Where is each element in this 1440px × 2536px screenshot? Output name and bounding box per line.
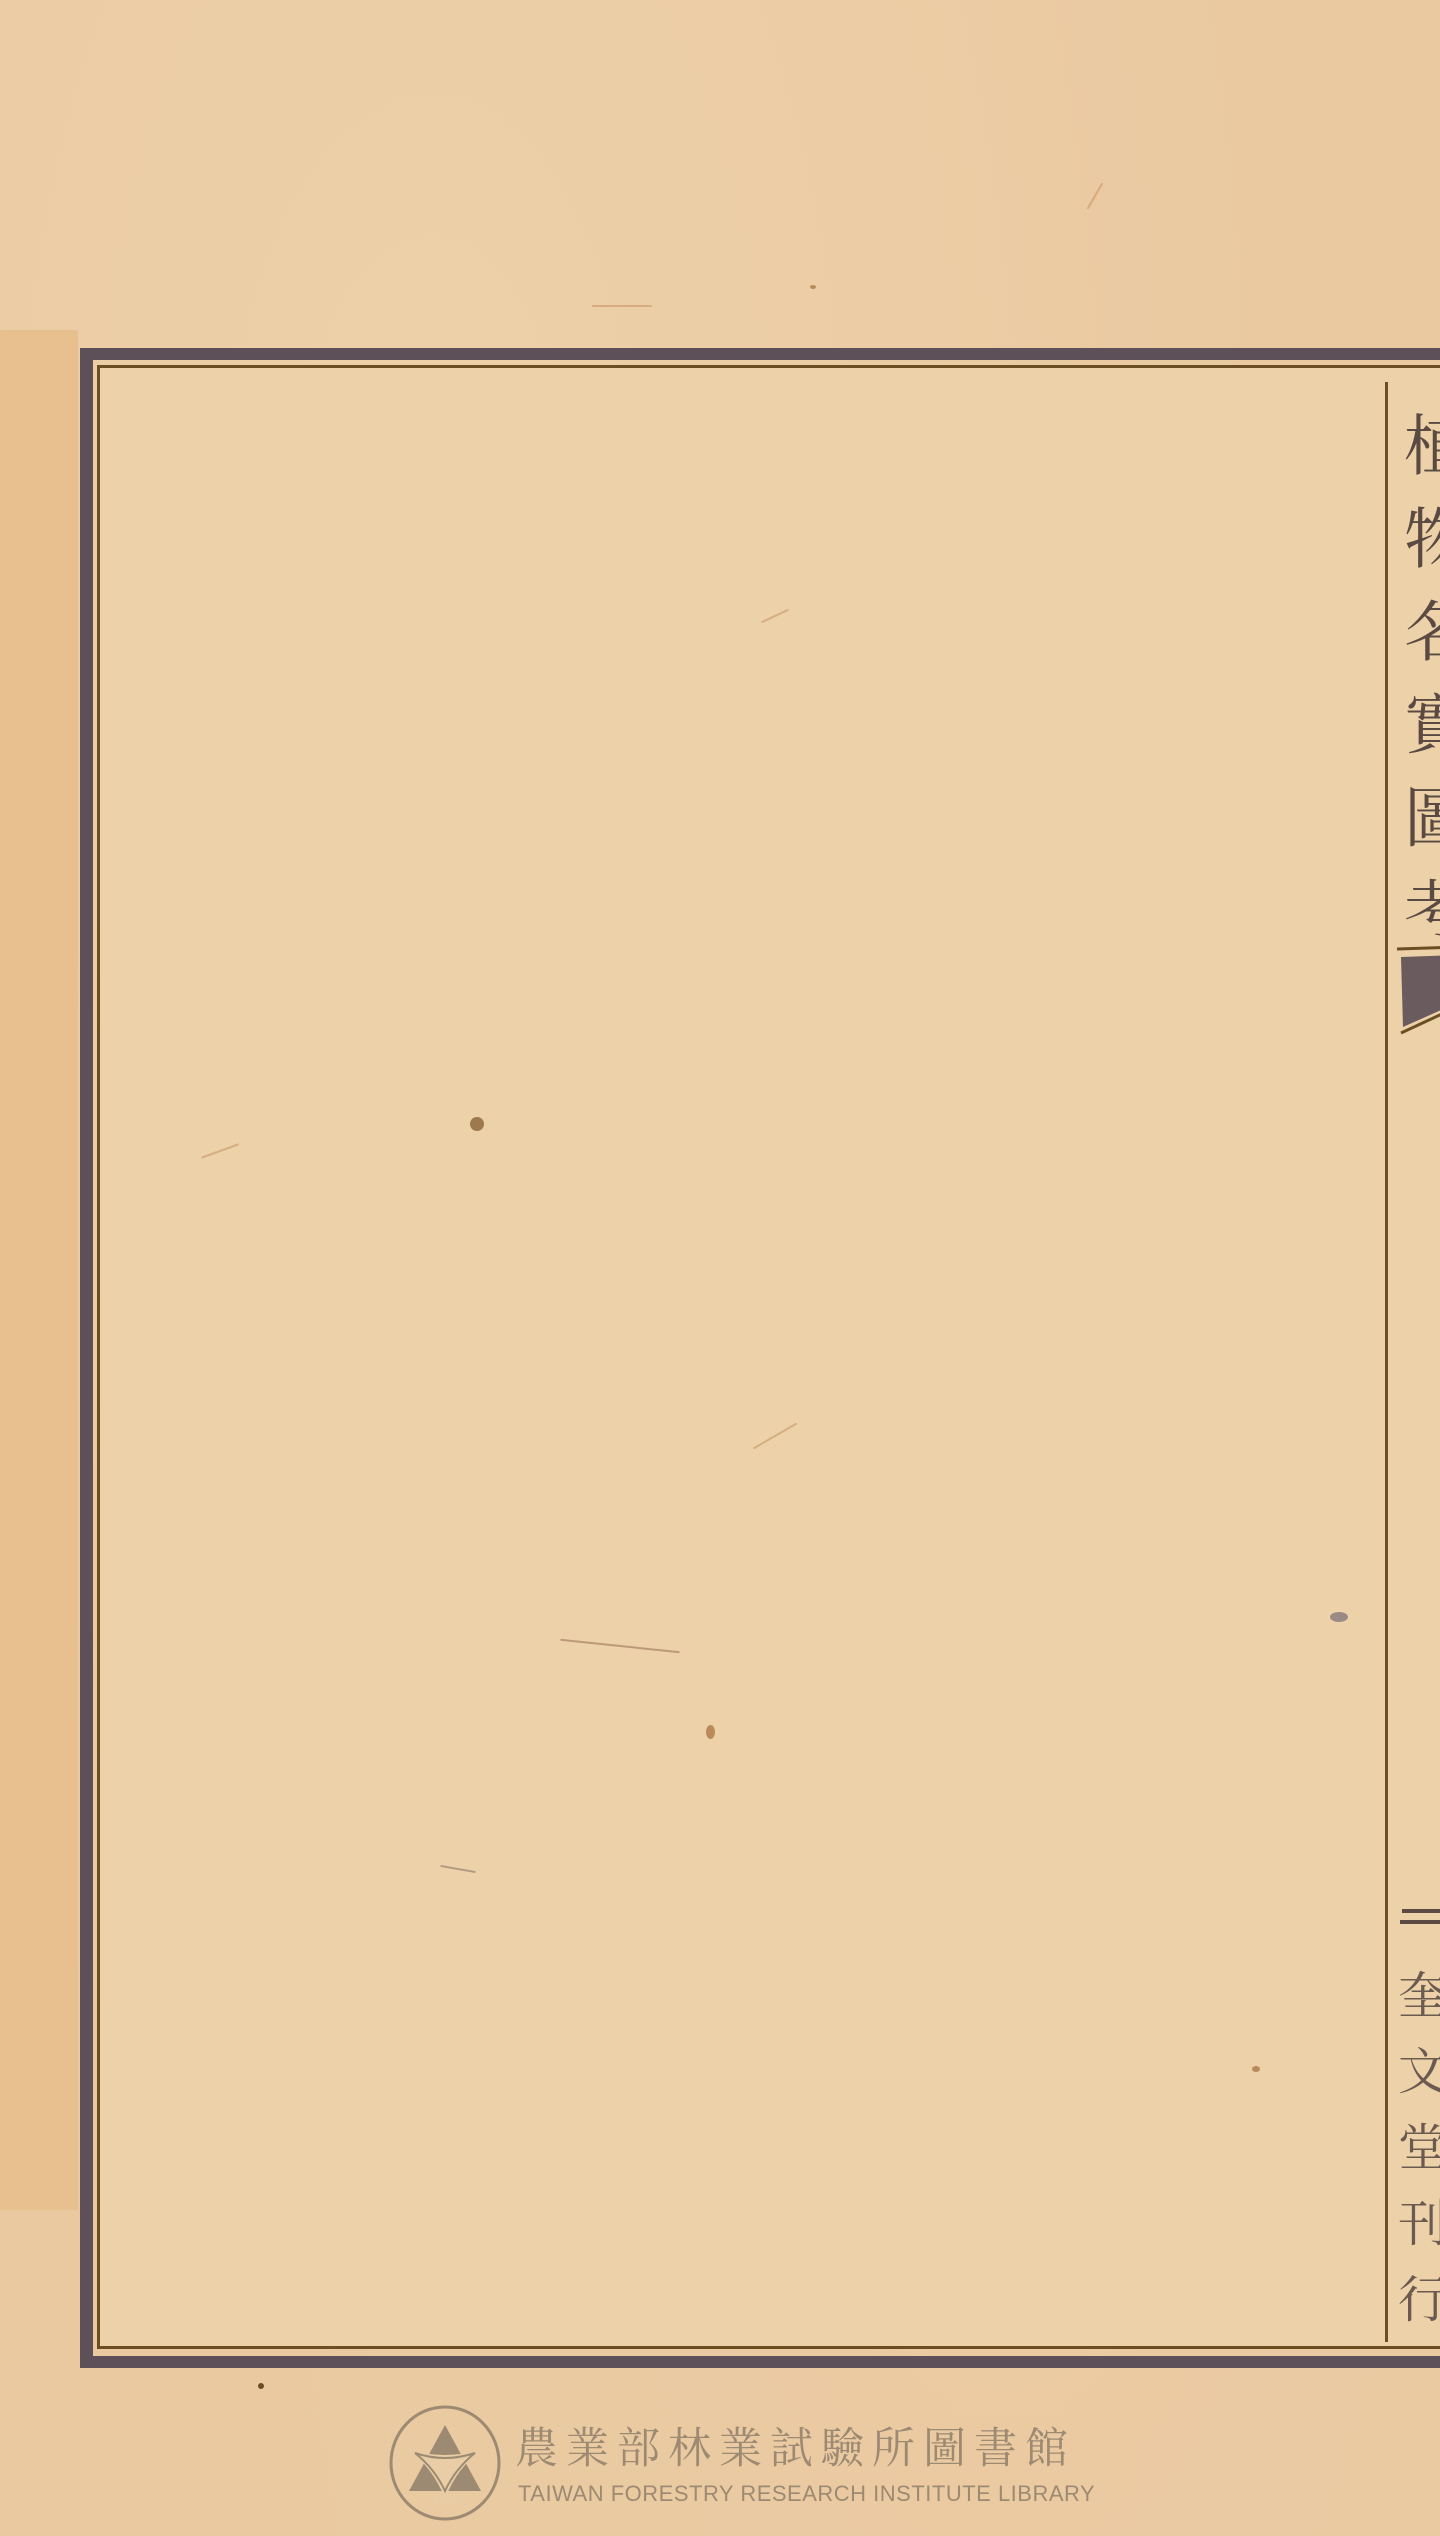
publisher-char: 文 <box>1398 2034 1440 2110</box>
title-char: 物 <box>1404 493 1440 586</box>
publisher-column: 奎 文 堂 刊 行 <box>1398 1958 1440 2338</box>
inner-border-frame <box>97 365 1440 2349</box>
paper-fleck <box>258 2383 264 2389</box>
institute-seal-icon: 1896 <box>385 2403 505 2523</box>
scanned-page: 植 物 名 實 圖 考 奎 文 堂 刊 行 1896 農業部林業試驗所圖書館 T… <box>0 0 1440 2536</box>
margin-column-rule <box>1385 382 1388 2342</box>
book-title-column: 植 物 名 實 圖 考 <box>1398 400 1440 960</box>
paper-fleck <box>706 1725 715 1739</box>
paper-fiber <box>592 305 652 307</box>
numeral-stroke <box>1400 1920 1440 1924</box>
svg-text:1896: 1896 <box>433 2495 458 2506</box>
library-name-chinese: 農業部林業試驗所圖書館 <box>515 2415 1076 2476</box>
volume-numeral <box>1400 1905 1440 1929</box>
title-char: 圖 <box>1404 772 1440 865</box>
paper-fiber <box>1087 183 1104 210</box>
title-char: 實 <box>1404 679 1440 772</box>
publisher-char: 奎 <box>1398 1958 1440 2034</box>
paper-fleck <box>810 285 816 289</box>
publisher-char: 行 <box>1398 2262 1440 2338</box>
title-char: 名 <box>1404 586 1440 679</box>
numeral-stroke <box>1402 1909 1440 1913</box>
library-name-english: TAIWAN FORESTRY RESEARCH INSTITUTE LIBRA… <box>518 2481 1095 2507</box>
publisher-char: 堂 <box>1398 2110 1440 2186</box>
title-char: 植 <box>1404 400 1440 493</box>
paper-fleck <box>470 1117 484 1131</box>
page-edge-strip <box>0 330 78 2210</box>
paper-fleck <box>1252 2066 1260 2072</box>
fishtail-mark-icon <box>1397 945 1440 1035</box>
publisher-char: 刊 <box>1398 2186 1440 2262</box>
paper-fleck <box>1330 1612 1348 1622</box>
library-watermark: 1896 農業部林業試驗所圖書館 TAIWAN FORESTRY RESEARC… <box>385 2403 1085 2528</box>
